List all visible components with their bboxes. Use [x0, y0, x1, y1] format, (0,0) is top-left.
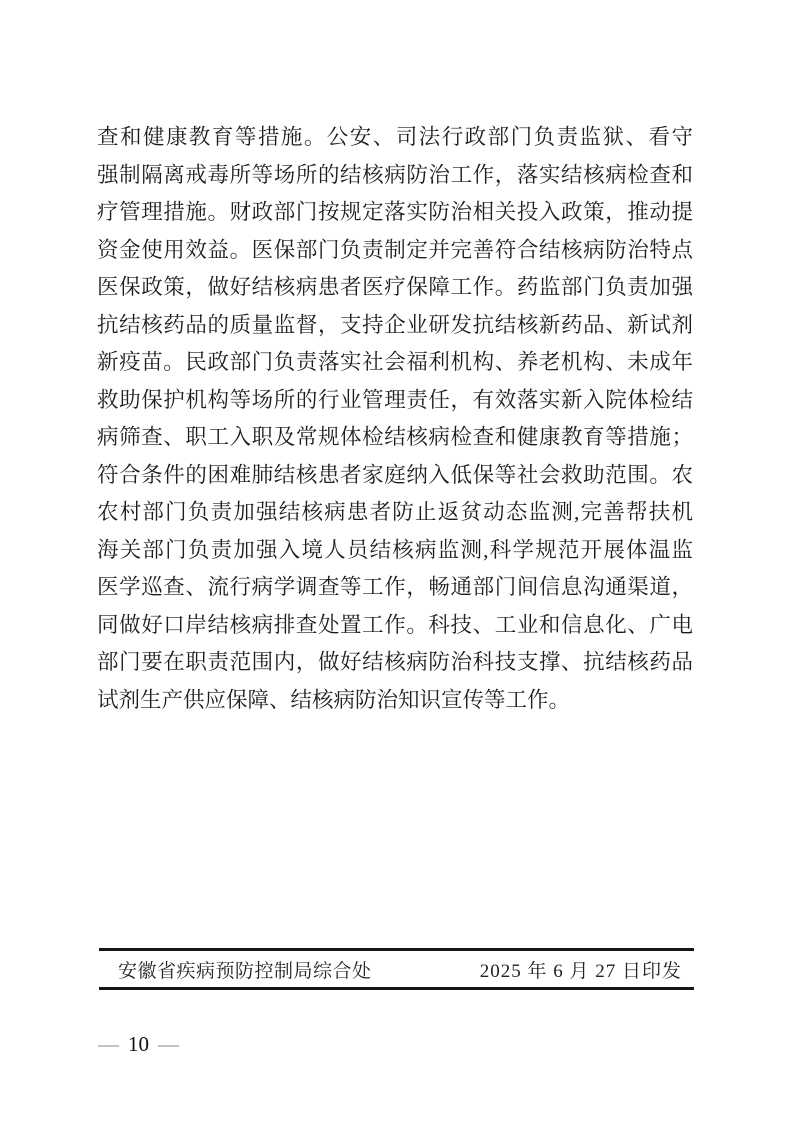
body-text: 查和健康教育等措施。公安、司法行政部门负责监狱、看守所、 强制隔离戒毒所等场所的…	[97, 119, 693, 719]
page-number-value: 10	[128, 1031, 149, 1057]
body-line: 强制隔离戒毒所等场所的结核病防治工作，落实结核病检查和治	[97, 157, 693, 195]
body-line: 医学巡查、流行病学调查等工作，畅通部门间信息沟通渠道，共	[97, 569, 693, 607]
body-line: 海关部门负责加强入境人员结核病监测,科学规范开展体温监测、	[97, 532, 693, 570]
page-number: — 10 —	[98, 1031, 179, 1057]
body-line: 同做好口岸结核病排查处置工作。科技、工业和信息化、广电等	[97, 607, 693, 645]
page-number-dash-right: —	[158, 1031, 179, 1057]
body-line: 抗结核药品的质量监督，支持企业研发抗结核新药品、新试剂和	[97, 307, 693, 345]
body-line: 疗管理措施。财政部门按规定落实防治相关投入政策，推动提高	[97, 194, 693, 232]
document-page: 查和健康教育等措施。公安、司法行政部门负责监狱、看守所、 强制隔离戒毒所等场所的…	[0, 0, 793, 1122]
body-line: 试剂生产供应保障、结核病防治知识宣传等工作。	[97, 682, 693, 720]
footer-print-date: 2025 年 6 月 27 日印发	[480, 956, 682, 983]
body-line: 新疫苗。民政部门负责落实社会福利机构、养老机构、未成年人	[97, 344, 693, 382]
body-line: 医保政策，做好结核病患者医疗保障工作。药监部门负责加强对	[97, 269, 693, 307]
footer-issuer: 安徽省疾病预防控制局综合处	[118, 956, 372, 983]
body-line: 救助保护机构等场所的行业管理责任，有效落实新入院体检结核	[97, 382, 693, 420]
body-line: 病筛查、职工入职及常规体检结核病检查和健康教育等措施；将	[97, 419, 693, 457]
body-line: 资金使用效益。医保部门负责制定并完善符合结核病防治特点的	[97, 232, 693, 270]
page-number-dash-left: —	[98, 1031, 119, 1057]
body-line: 部门要在职责范围内，做好结核病防治科技支撑、抗结核药品及	[97, 644, 693, 682]
body-line: 查和健康教育等措施。公安、司法行政部门负责监狱、看守所、	[97, 119, 693, 157]
body-line: 农村部门负责加强结核病患者防止返贫动态监测,完善帮扶机制。	[97, 494, 693, 532]
footer-colophon: 安徽省疾病预防控制局综合处 2025 年 6 月 27 日印发	[99, 948, 694, 990]
body-line: 符合条件的困难肺结核患者家庭纳入低保等社会救助范围。农业	[97, 457, 693, 495]
